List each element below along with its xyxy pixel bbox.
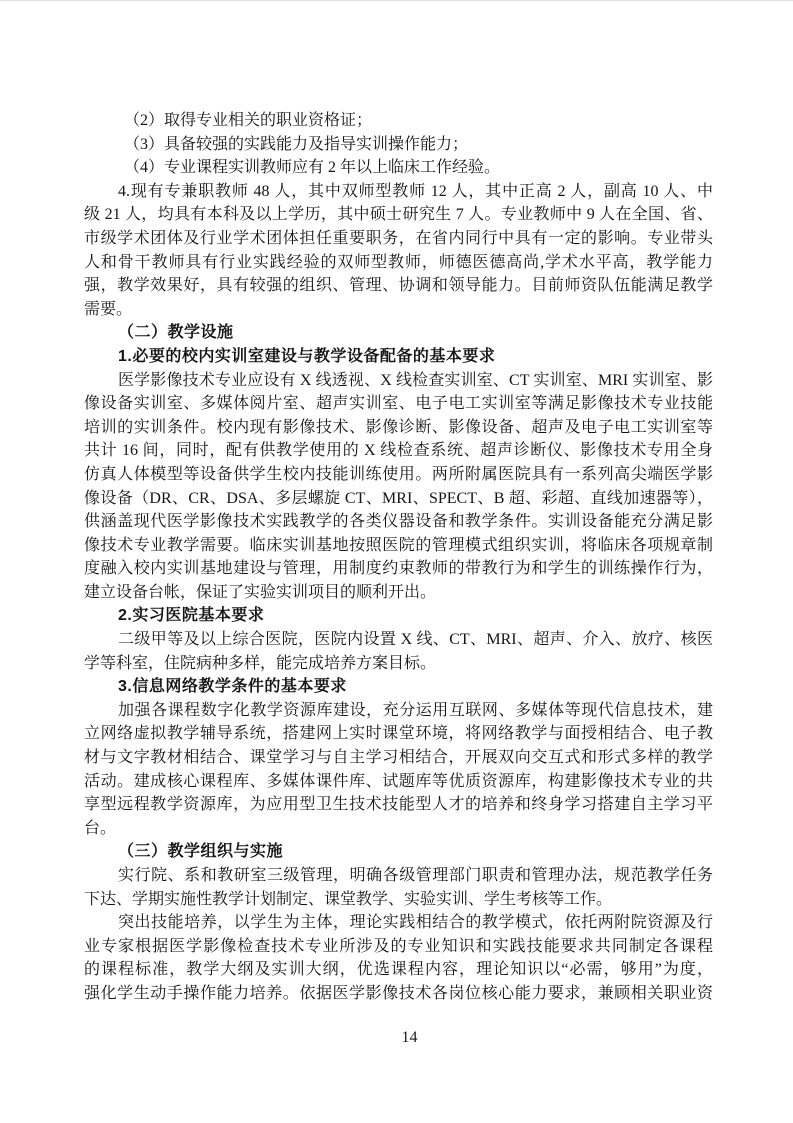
body-text-line: 医学影像技术专业应设有 X 线透视、X 线检查实训室、CT 实训室、MRI 实训… [84, 369, 713, 393]
body-text-line: 强化学生动手操作能力培养。依据医学影像技术各岗位核心能力要求，兼顾相关职业资 [84, 982, 713, 1006]
body-text-line: 立网络虚拟教学辅导系统，搭建网上实时课堂环境，将网络教学与面授相结合、电子教 [84, 722, 713, 746]
body-text-line: 供涵盖现代医学影像技术实践教学的各类仪器设备和教学条件。实训设备能充分满足影 [84, 510, 713, 534]
body-text-line: 台。 [84, 817, 713, 841]
body-text-line: 需要。 [84, 298, 713, 322]
list-item-line: （4）专业课程实训教师应有 2 年以上临床工作经验。 [84, 156, 713, 180]
section-heading: （二）教学设施 [84, 321, 713, 345]
body-text-line: 建立设备台帐，保证了实验实训项目的顺利开出。 [84, 581, 713, 605]
section-heading: （三）教学组织与实施 [84, 840, 713, 864]
page-footer: 14 [0, 1029, 793, 1047]
body-text-line: 业专家根据医学影像检查技术专业所涉及的专业知识和实践技能要求共同制定各课程 [84, 935, 713, 959]
body-text-line: 培训的实训条件。校内现有影像技术、影像诊断、影像设备、超声及电子电工实训室等 [84, 416, 713, 440]
body-text-line: 像设备实训室、多媒体阅片室、超声实训室、电子电工实训室等满足影像技术专业技能 [84, 392, 713, 416]
page-number: 14 [402, 1029, 418, 1046]
subsection-heading: 3.信息网络教学条件的基本要求 [84, 675, 713, 699]
body-text-line: 活动。建成核心课程库、多媒体课件库、试题库等优质资源库，构建影像技术专业的共 [84, 770, 713, 794]
body-text-line: 4.现有专兼职教师 48 人，其中双师型教师 12 人，其中正高 2 人，副高 … [84, 180, 713, 204]
subsection-heading: 2.实习医院基本要求 [84, 604, 713, 628]
body-text-line: 实行院、系和教研室三级管理，明确各级管理部门职责和管理办法，规范教学任务 [84, 864, 713, 888]
body-text-line: 二级甲等及以上综合医院，医院内设置 X 线、CT、MRI、超声、介入、放疗、核医 [84, 628, 713, 652]
body-text-line: 的课程标准，教学大纲及实训大纲，优选课程内容，理论知识以“必需，够用”为度， [84, 958, 713, 982]
list-item-line: （3）具备较强的实践能力及指导实训操作能力； [84, 133, 713, 157]
body-text-line: 共计 16 间，同时，配有供教学使用的 X 线检查系统、超声诊断仪、影像技术专用… [84, 439, 713, 463]
body-text-line: 度融入校内实训基地建设与管理，用制度约束教师的带教行为和学生的训练操作行为， [84, 557, 713, 581]
body-text-line: 材与文字教材相结合、课堂学习与自主学习相结合，开展双向交互式和形式多样的教学 [84, 746, 713, 770]
document-page: （2）取得专业相关的职业资格证； （3）具备较强的实践能力及指导实训操作能力； … [0, 0, 793, 1123]
body-text-line: 加强各课程数字化教学资源库建设，充分运用互联网、多媒体等现代信息技术，建 [84, 699, 713, 723]
body-text-line: 像设备（DR、CR、DSA、多层螺旋 CT、MRI、SPECT、B 超、彩超、直… [84, 487, 713, 511]
body-text-line: 学等科室，住院病种多样，能完成培养方案目标。 [84, 652, 713, 676]
document-body: （2）取得专业相关的职业资格证； （3）具备较强的实践能力及指导实训操作能力； … [84, 109, 713, 1006]
body-text-line: 市级学术团体及行业学术团体担任重要职务，在省内同行中具有一定的影响。专业带头 [84, 227, 713, 251]
subsection-heading: 1.必要的校内实训室建设与教学设备配备的基本要求 [84, 345, 713, 369]
body-text-line: 突出技能培养，以学生为主体，理论实践相结合的教学模式，依托两附院资源及行 [84, 911, 713, 935]
body-text-line: 级 21 人，均具有本科及以上学历，其中硕士研究生 7 人。专业教师中 9 人在… [84, 203, 713, 227]
body-text-line: 享型远程教学资源库，为应用型卫生技术技能型人才的培养和终身学习搭建自主学习平 [84, 793, 713, 817]
body-text-line: 仿真人体模型等设备供学生校内技能训练使用。两所附属医院具有一系列高尖端医学影 [84, 463, 713, 487]
list-item-line: （2）取得专业相关的职业资格证； [84, 109, 713, 133]
body-text-line: 强，教学效果好，具有较强的组织、管理、协调和领导能力。目前师资队伍能满足教学 [84, 274, 713, 298]
body-text-line: 下达、学期实施性教学计划制定、课堂教学、实验实训、学生考核等工作。 [84, 888, 713, 912]
body-text-line: 像技术专业教学需要。临床实训基地按照医院的管理模式组织实训，将临床各项规章制 [84, 534, 713, 558]
body-text-line: 人和骨干教师具有行业实践经验的双师型教师，师德医德高尚,学术水平高，教学能力 [84, 251, 713, 275]
